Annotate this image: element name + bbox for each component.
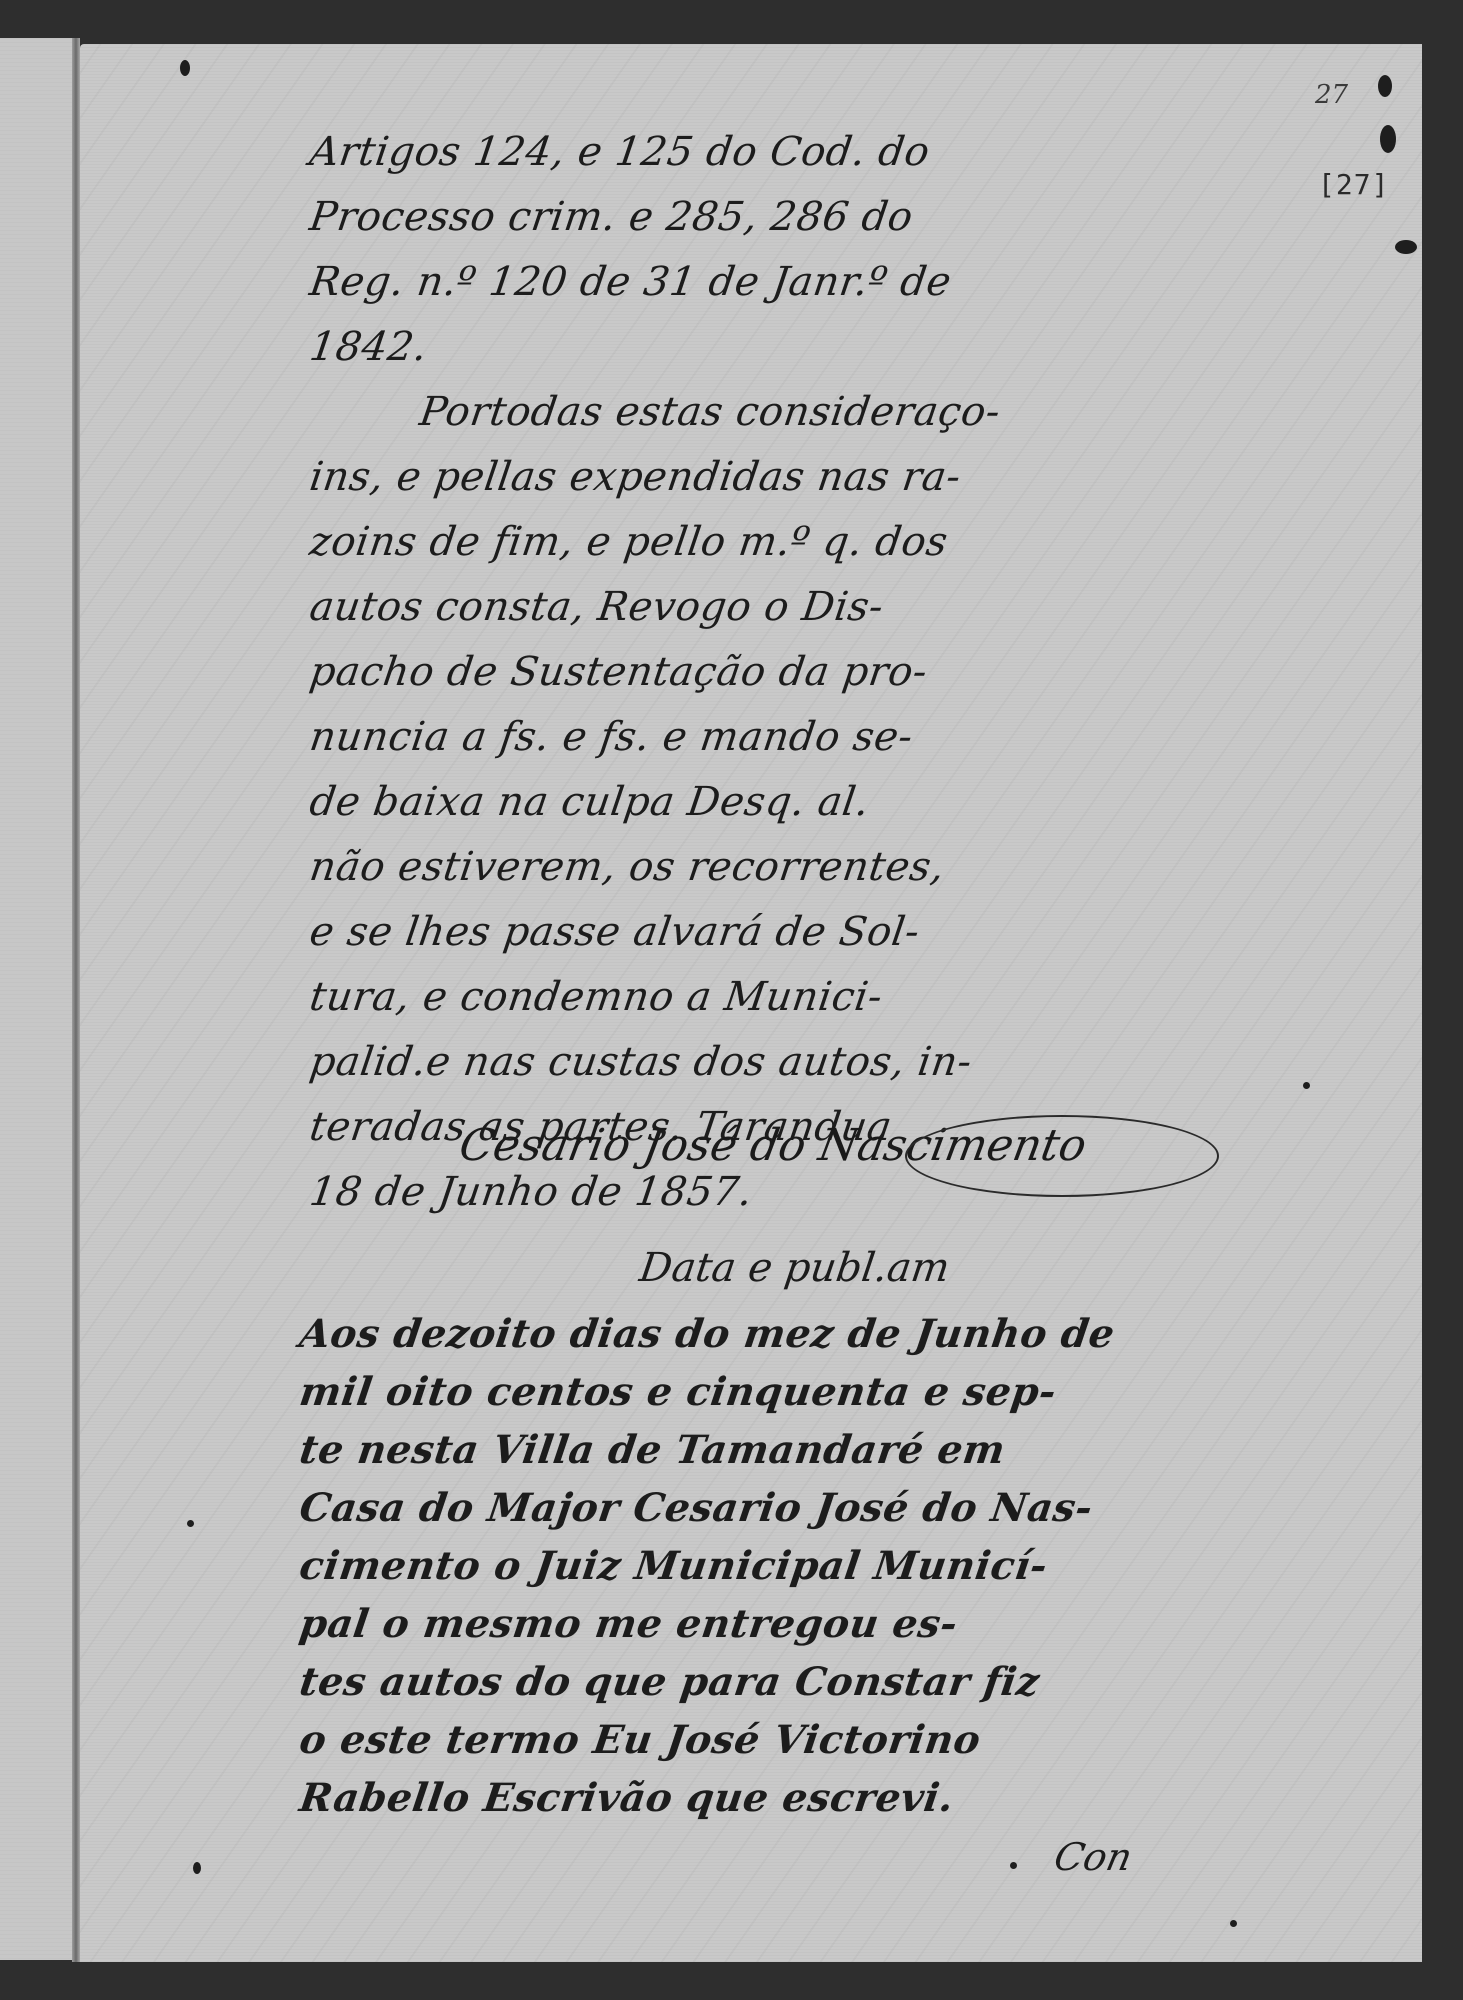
- facing-page-edge: [0, 38, 72, 1960]
- text-line: tura, e condemno a Munici-: [305, 965, 1244, 1030]
- ink-blot: [1303, 1082, 1310, 1089]
- text-line: Rabello Escrivão que escrevi.: [296, 1769, 1234, 1827]
- ink-blot: [1380, 125, 1396, 153]
- court-decision-text: Artigos 124, e 125 do Cod. do Processo c…: [310, 120, 1240, 1225]
- text-line: palid.e nas custas dos autos, in-: [305, 1030, 1244, 1095]
- text-line: e se lhes passe alvará de Sol-: [305, 900, 1244, 965]
- ink-blot: [1378, 75, 1392, 97]
- ink-blot: [180, 60, 190, 76]
- section-heading: Data e publ.am: [637, 1245, 953, 1291]
- ink-blot: [1395, 240, 1417, 254]
- text-line: cimento o Juiz Municipal Municí-: [296, 1537, 1234, 1595]
- archive-page-number: [27]: [1318, 168, 1389, 201]
- ink-blot: [1230, 1920, 1237, 1927]
- ink-blot: [193, 1862, 201, 1874]
- text-line: nuncia a fs. e fs. e mando se-: [305, 705, 1244, 770]
- text-line: o este termo Eu José Victorino: [296, 1711, 1234, 1769]
- text-line: Reg. n.º 120 de 31 de Janr.º de: [305, 250, 1244, 315]
- scan-background-bottom: [0, 1962, 1463, 2000]
- catchword: Con: [1050, 1835, 1136, 1879]
- clerk-record-text: Aos dezoito dias do mez de Junho de mil …: [300, 1305, 1230, 1827]
- text-line: 1842.: [305, 315, 1244, 380]
- text-line: Aos dezoito dias do mez de Junho de: [296, 1305, 1234, 1363]
- ink-blot: [187, 1520, 194, 1527]
- signature-flourish: [905, 1115, 1219, 1197]
- text-line: mil oito centos e cinquenta e sep-: [296, 1363, 1234, 1421]
- text-line: zoins de fim, e pello m.º q. dos: [305, 510, 1244, 575]
- text-line: pal o mesmo me entregou es-: [296, 1595, 1234, 1653]
- text-line: ins, e pellas expendidas nas ra-: [305, 445, 1244, 510]
- text-line: autos consta, Revogo o Dis-: [305, 575, 1244, 640]
- ink-blot: [1010, 1862, 1017, 1869]
- text-line: Processo crim. e 285, 286 do: [305, 185, 1244, 250]
- binding-gutter: [72, 38, 80, 1968]
- text-line: não estiverem, os recorrentes,: [305, 835, 1244, 900]
- text-line: Artigos 124, e 125 do Cod. do: [305, 120, 1244, 185]
- text-line: te nesta Villa de Tamandaré em: [296, 1421, 1234, 1479]
- folio-mark: 27: [1315, 80, 1348, 110]
- text-line: de baixa na culpa Desq. al.: [305, 770, 1244, 835]
- text-line: Portodas estas consideraço-: [305, 380, 1244, 445]
- text-line: pacho de Sustentação da pro-: [305, 640, 1244, 705]
- text-line: tes autos do que para Constar fiz: [296, 1653, 1234, 1711]
- text-line: Casa do Major Cesario José do Nas-: [296, 1479, 1234, 1537]
